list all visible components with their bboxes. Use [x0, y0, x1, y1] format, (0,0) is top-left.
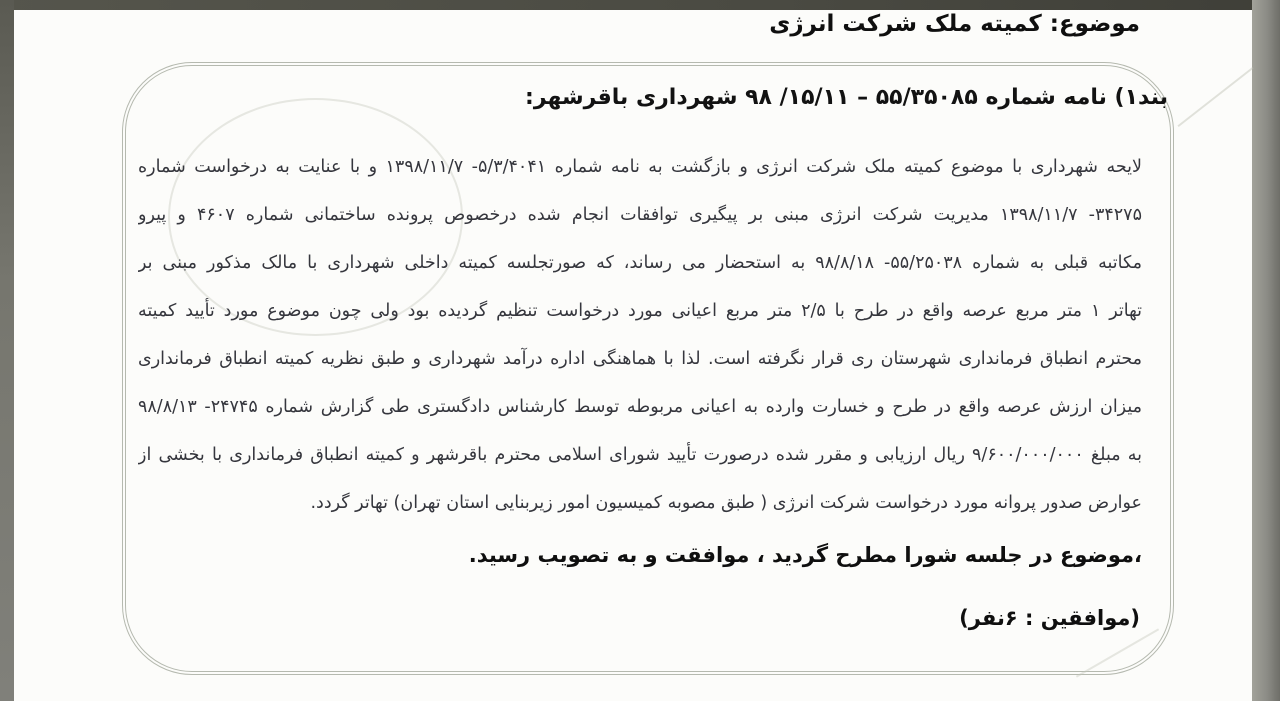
body-line: لایحه شهرداری با موضوع کمیته ملک شرکت ان… — [138, 143, 1142, 191]
scan-artifact-top-right — [1177, 67, 1253, 127]
body-line: محترم انطباق فرمانداری شهرستان ری قرار ن… — [138, 335, 1142, 383]
body-line: عوارض صدور پروانه مورد درخواست شرکت انرژ… — [138, 479, 1142, 527]
clause-body: لایحه شهرداری با موضوع کمیته ملک شرکت ان… — [138, 143, 1142, 527]
document-title: موضوع: کمیته ملک شرکت انرژی — [769, 11, 1140, 37]
approvers-count: (موافقین : ۶نفر) — [959, 606, 1140, 630]
scan-edge-right — [1252, 0, 1280, 701]
body-line: به مبلغ ۹/۶۰۰/۰۰۰/۰۰۰ ریال ارزیابی و مقر… — [138, 431, 1142, 479]
body-line: ۳۴۲۷۵- ۱۳۹۸/۱۱/۷ مدیریت شرکت انرژی مبنی … — [138, 191, 1142, 239]
scan-edge-left — [0, 0, 14, 701]
body-line: مکاتبه قبلی به شماره ۵۵/۲۵۰۳۸- ۹۸/۸/۱۸ ب… — [138, 239, 1142, 287]
clause-heading: بند۱) نامه شماره ۵۵/۳۵۰۸۵ – ۱۵/۱۱/ ۹۸ شه… — [525, 85, 1168, 110]
resolution-line: ،موضوع در جلسه شورا مطرح گردید ، موافقت … — [469, 543, 1142, 567]
body-line: تهاتر ۱ متر مربع عرصه واقع در طرح با ۲/۵… — [138, 287, 1142, 335]
scan-edge-top — [0, 0, 1280, 10]
body-line: میزان ارزش عرصه واقع در طرح و خسارت وارد… — [138, 383, 1142, 431]
scanned-document-page: موضوع: کمیته ملک شرکت انرژی بند۱) نامه ش… — [0, 0, 1280, 701]
